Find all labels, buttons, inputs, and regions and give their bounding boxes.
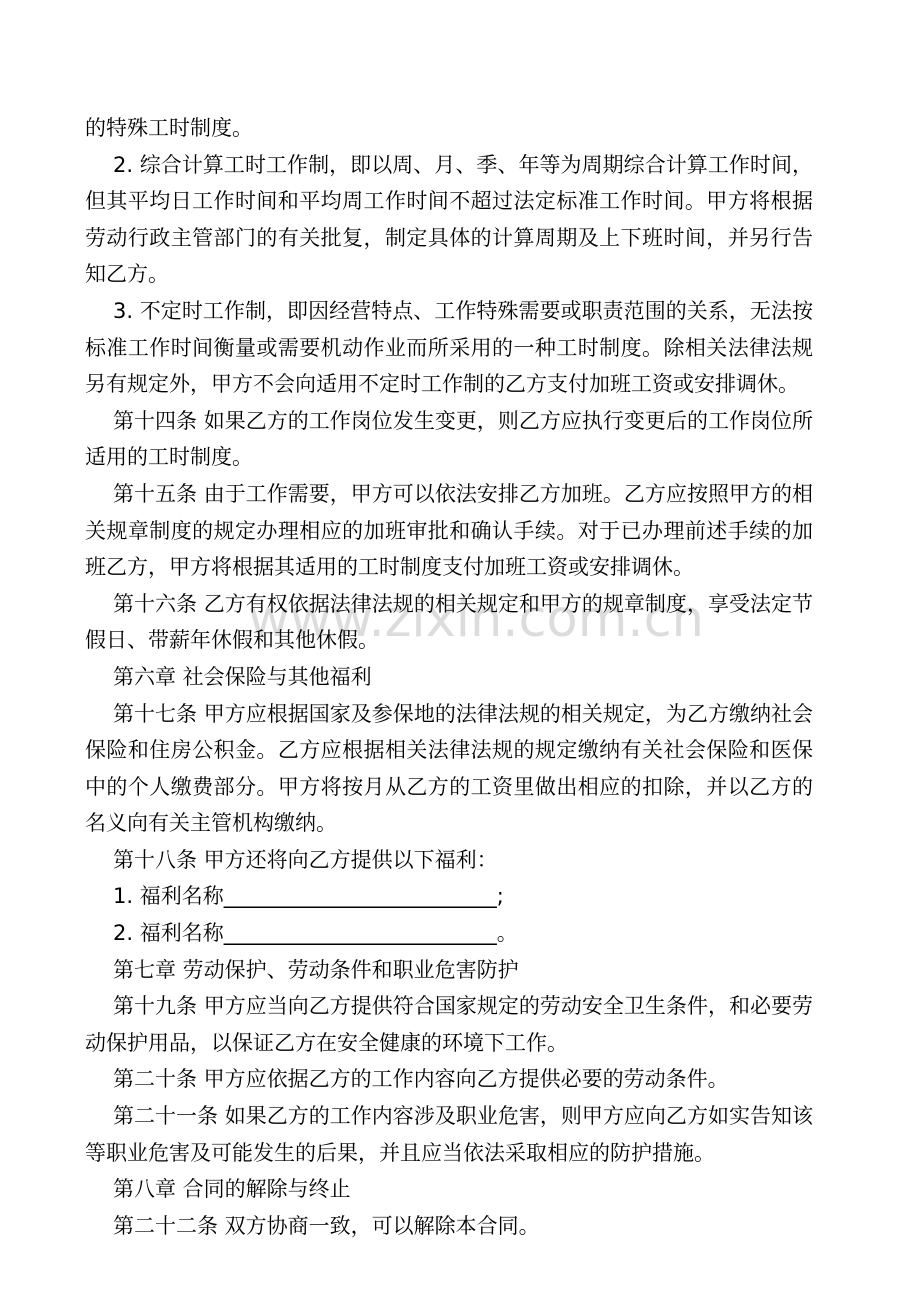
contract-paragraph: 3. 不定时工作制，即因经营特点、工作特殊需要或职责范围的关系，无法按标准工作时… bbox=[85, 293, 813, 403]
document-body: 的特殊工时制度。 2. 综合计算工时工作制，即以周、月、季、年等为周期综合计算工… bbox=[0, 0, 920, 1244]
contract-paragraph: 的特殊工时制度。 bbox=[85, 110, 813, 147]
contract-clause: 第十八条 甲方还将向乙方提供以下福利： bbox=[85, 842, 813, 879]
contract-clause: 第二十二条 双方协商一致，可以解除本合同。 bbox=[85, 1208, 813, 1245]
contract-clause: 第十四条 如果乙方的工作岗位发生变更，则乙方应执行变更后的工作岗位所适用的工时制… bbox=[85, 403, 813, 476]
chapter-heading: 第七章 劳动保护、劳动条件和职业危害防护 bbox=[85, 952, 813, 989]
document-page: www.zixin.com.cn 的特殊工时制度。 2. 综合计算工时工作制，即… bbox=[0, 0, 920, 1302]
benefit-blank-line: 1. 福利名称__________________________; bbox=[85, 878, 813, 915]
chapter-heading: 第八章 合同的解除与终止 bbox=[85, 1171, 813, 1208]
contract-clause: 第二十一条 如果乙方的工作内容涉及职业危害，则甲方应向乙方如实告知该等职业危害及… bbox=[85, 1098, 813, 1171]
contract-clause: 第十六条 乙方有权依据法律法规的相关规定和甲方的规章制度，享受法定节假日、带薪年… bbox=[85, 586, 813, 659]
contract-clause: 第十五条 由于工作需要，甲方可以依法安排乙方加班。乙方应按照甲方的相关规章制度的… bbox=[85, 476, 813, 586]
contract-clause: 第二十条 甲方应依据乙方的工作内容向乙方提供必要的劳动条件。 bbox=[85, 1061, 813, 1098]
contract-clause: 第十九条 甲方应当向乙方提供符合国家规定的劳动安全卫生条件，和必要劳动保护用品，… bbox=[85, 988, 813, 1061]
chapter-heading: 第六章 社会保险与其他福利 bbox=[85, 659, 813, 696]
benefit-blank-line: 2. 福利名称__________________________。 bbox=[85, 915, 813, 952]
contract-clause: 第十七条 甲方应根据国家及参保地的法律法规的相关规定，为乙方缴纳社会保险和住房公… bbox=[85, 696, 813, 842]
contract-paragraph: 2. 综合计算工时工作制，即以周、月、季、年等为周期综合计算工作时间，但其平均日… bbox=[85, 147, 813, 293]
